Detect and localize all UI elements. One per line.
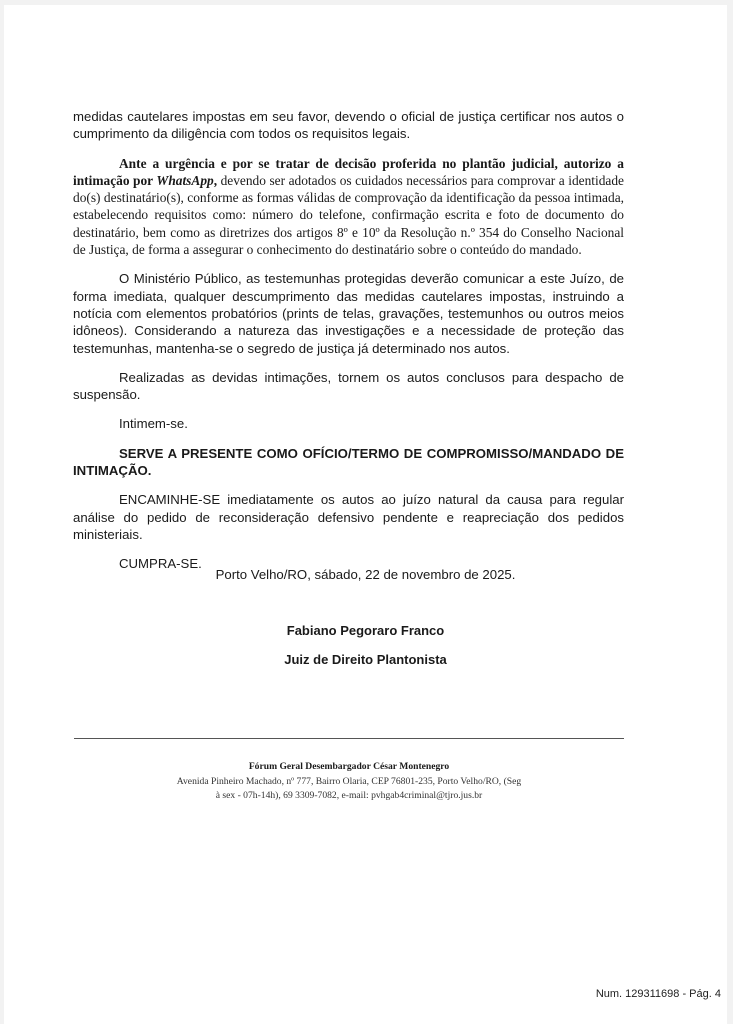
document-page: medidas cautelares impostas em seu favor… — [4, 5, 727, 1024]
place-and-date: Porto Velho/RO, sábado, 22 de novembro d… — [4, 567, 727, 582]
paragraph-serve-presente: SERVE A PRESENTE COMO OFÍCIO/TERMO DE CO… — [73, 445, 624, 480]
signer-role: Juiz de Direito Plantonista — [4, 652, 727, 667]
paragraph-medidas-cautelares: medidas cautelares impostas em seu favor… — [73, 108, 624, 143]
paragraph-intimem-se: Intimem-se. — [73, 415, 624, 432]
signer-name: Fabiano Pegoraro Franco — [4, 623, 727, 638]
paragraph-ministerio-publico: O Ministério Público, as testemunhas pro… — [73, 270, 624, 356]
footer-title: Fórum Geral Desembargador César Monteneg… — [74, 760, 624, 775]
paragraph-encaminhe-se: ENCAMINHE-SE imediatamente os autos ao j… — [73, 491, 624, 543]
footer-address-line-2: à sex - 07h-14h), 69 3309-7082, e-mail: … — [74, 789, 624, 804]
paragraph-intimacao-whatsapp: Ante a urgência e por se tratar de decis… — [73, 155, 624, 259]
paragraph-realizadas-intimacoes: Realizadas as devidas intimações, tornem… — [73, 369, 624, 404]
document-body: medidas cautelares impostas em seu favor… — [73, 108, 624, 573]
footer-address-line-1: Avenida Pinheiro Machado, nº 777, Bairro… — [74, 775, 624, 790]
page-number: Num. 129311698 - Pág. 4 — [596, 988, 721, 1000]
footer: Fórum Geral Desembargador César Monteneg… — [74, 760, 624, 804]
footer-divider — [74, 738, 624, 739]
whatsapp-italic-text: WhatsApp — [156, 173, 213, 188]
